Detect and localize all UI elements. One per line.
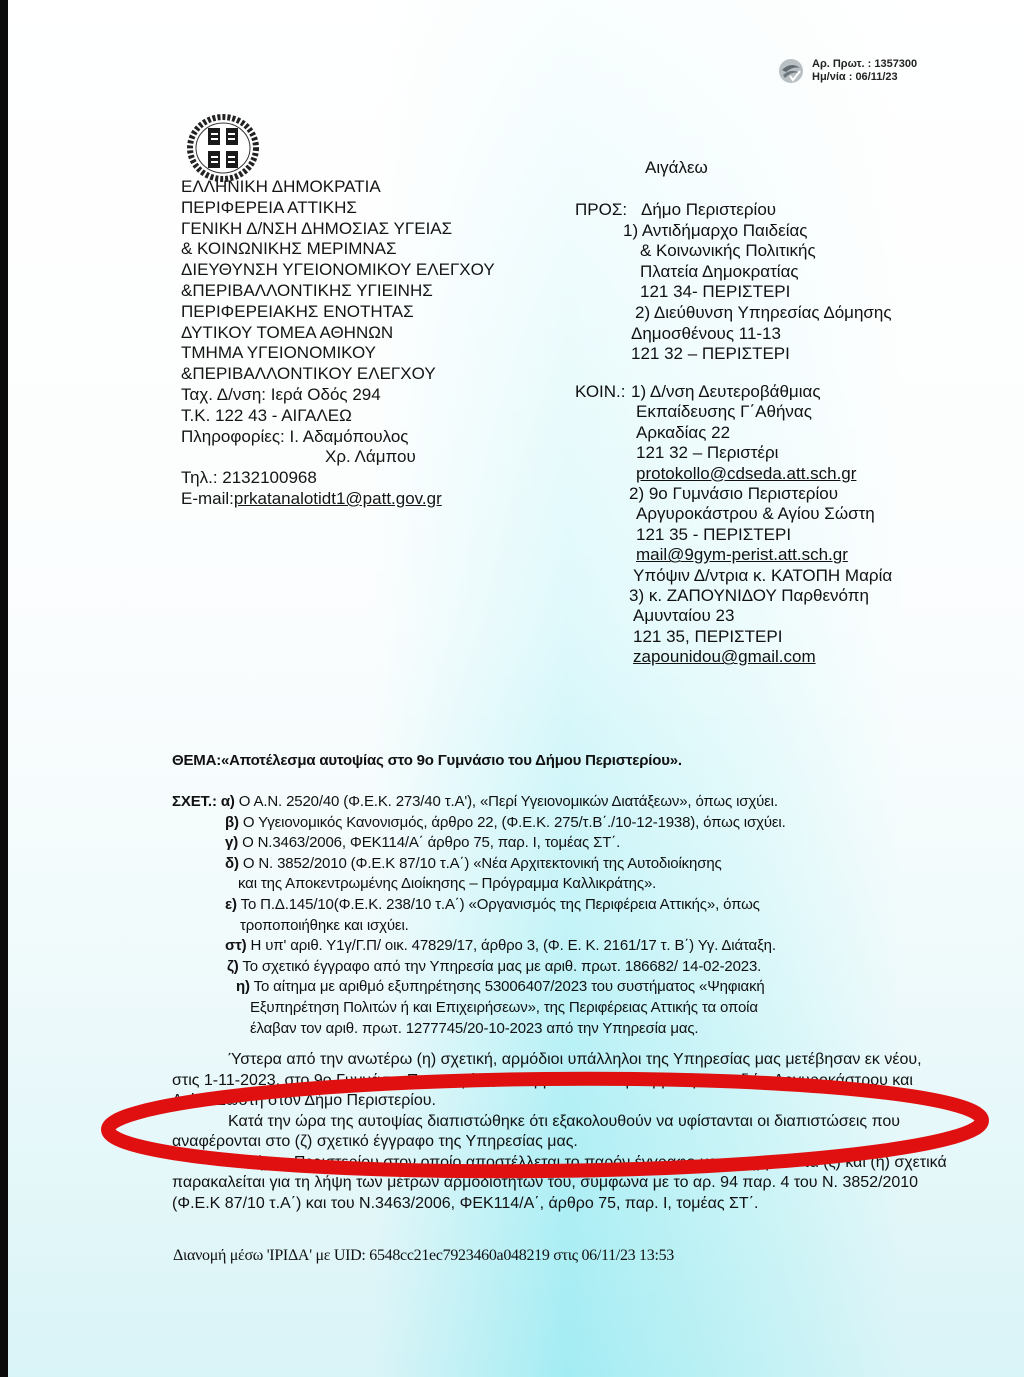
body-paragraph: Ύστερα από την ανωτέρω (η) σχετική, αρμό… <box>172 1050 952 1112</box>
sender-line: &ΠΕΡΙΒΑΛΛΟΝΤΙΚΗΣ ΥΓΙΕΙΝΗΣ <box>181 281 495 302</box>
recipient-line: 121 34- ΠΕΡΙΣΤΕΡΙ <box>575 282 892 303</box>
sender-line: ΤΜΗΜΑ ΥΓΕΙΟΝΟΜΙΚΟΥ <box>181 343 495 364</box>
sender-line: ΕΛΛΗΝΙΚΗ ΔΗΜΟΚΡΑΤΙΑ <box>181 177 495 198</box>
reference-text: Η υπ' αριθ. Υ1γ/Γ.Π/ οικ. 47829/17, άρθρ… <box>251 937 776 954</box>
sender-line: &ΠΕΡΙΒΑΛΛΟΝΤΙΚΟΥ ΕΛΕΓΧΟΥ <box>181 364 495 385</box>
recipient-line: 2) Διεύθυνση Υπηρεσίας Δόμησης <box>575 303 892 324</box>
sender-line: & ΚΟΙΝΩΝΙΚΗΣ ΜΕΡΙΜΝΑΣ <box>181 239 495 260</box>
cc-line: Υπόψιν Δ/ντρια κ. ΚΑΤΟΠΗ Μαρία <box>575 566 892 586</box>
body-paragraph-highlighted: Κατά την ώρα της αυτοψίας διαπιστώθηκε ό… <box>172 1112 952 1153</box>
recipient-line: Δημοσθένους 11-13 <box>575 324 892 345</box>
recipient-line: & Κοινωνικής Πολιτικής <box>575 241 892 262</box>
reference-text: έλαβαν τον αριθ. πρωτ. 1277745/20-10-202… <box>172 1019 786 1040</box>
reference-text: Το σχετικό έγγραφο από την Υπηρεσία μας … <box>242 958 761 975</box>
reference-text: Ο Α.Ν. 2520/40 (Φ.Ε.Κ. 273/40 τ.Α'), «Πε… <box>239 793 778 810</box>
reference-text: Ο Ν.3463/2006, ΦΕΚ114/Α΄ άρθρο 75, παρ. … <box>242 834 620 851</box>
reference-key: ζ) <box>227 958 239 975</box>
reference-key: ε) <box>225 896 237 913</box>
place-of-issue: Αιγάλεω <box>645 158 708 178</box>
subject-label: ΘΕΜΑ: <box>172 752 221 769</box>
sender-postcode: Τ.Κ. 122 43 - ΑΙΓΑΛΕΩ <box>181 406 495 427</box>
reference-key: δ) <box>225 855 239 872</box>
sender-line: ΠΕΡΙΦΕΡΕΙΑΚΗΣ ΕΝΟΤΗΤΑΣ <box>181 302 495 323</box>
sender-email-link[interactable]: prkatanalotidt1@patt.gov.gr <box>234 489 442 508</box>
reference-key: β) <box>225 814 239 831</box>
reference-text: τροποποιήθηκε και ισχύει. <box>172 916 786 937</box>
cc-email-link[interactable]: zapounidou@gmail.com <box>575 647 892 667</box>
reference-text: Το Π.Δ.145/10(Φ.Ε.Κ. 238/10 τ.Α΄) «Οργαν… <box>241 896 760 913</box>
cc-email-link[interactable]: mail@9gym-perist.att.sch.gr <box>575 545 892 565</box>
reference-key: α) <box>221 793 235 810</box>
reference-key: στ) <box>225 937 247 954</box>
reference-text: Εξυπηρέτηση Πολιτών ή και Επιχειρήσεων»,… <box>172 998 786 1019</box>
sender-info-contact: Πληροφορίες: Ι. Αδαμόπουλος <box>181 427 495 448</box>
recipient-line: 121 32 – ΠΕΡΙΣΤΕΡΙ <box>575 344 892 365</box>
protocol-number: Αρ. Πρωτ. : 1357300 <box>812 58 917 71</box>
recipients-label: ΠΡΟΣ: <box>575 200 641 221</box>
cc-email-link[interactable]: protokollo@cdseda.att.sch.gr <box>575 464 892 484</box>
sender-line: ΠΕΡΙΦΕΡΕΙΑ ΑΤΤΙΚΗΣ <box>181 198 495 219</box>
letter-body: Ύστερα από την ανωτέρω (η) σχετική, αρμό… <box>172 1050 952 1214</box>
cc-line: 121 32 – Περιστέρι <box>575 443 892 463</box>
reference-text: Το αίτημα με αριθμό εξυπηρέτησης 5300640… <box>254 978 765 995</box>
cc-line: 3) κ. ΖΑΠΟΥΝΙΔΟΥ Παρθενόπη <box>575 586 892 606</box>
recipient-line: 1) Αντιδήμαρχο Παιδείας <box>575 221 892 242</box>
reference-text: και της Αποκεντρωμένης Διοίκησης – Πρόγρ… <box>172 874 786 895</box>
sender-line: ΔΥΤΙΚΟΥ ΤΟΜΕΑ ΑΘΗΝΩΝ <box>181 323 495 344</box>
cc-line: 121 35 - ΠΕΡΙΣΤΕΡΙ <box>575 525 892 545</box>
subject-line: ΘΕΜΑ:«Αποτέλεσμα αυτοψίας στο 9ο Γυμνάσι… <box>172 752 682 769</box>
reference-key: γ) <box>225 834 238 851</box>
recipient-line: Δήμο Περιστερίου <box>641 200 776 221</box>
sender-line: ΔΙΕΥΘΥΝΣΗ ΥΓΕΙΟΝΟΜΙΚΟΥ ΕΛΕΓΧΟΥ <box>181 260 495 281</box>
reference-text: Ο Ν. 3852/2010 (Φ.Ε.Κ 87/10 τ.Α΄) «Νέα Α… <box>243 855 722 872</box>
reference-text: Ο Υγειονομικός Κανονισμός, άρθρο 22, (Φ.… <box>243 814 786 831</box>
subject-text: «Αποτέλεσμα αυτοψίας στο 9ο Γυμνάσιο του… <box>221 752 682 769</box>
references-block: ΣΧΕΤ.: α) Ο Α.Ν. 2520/40 (Φ.Ε.Κ. 273/40 … <box>172 792 786 1039</box>
cc-line: 121 35, ΠΕΡΙΣΤΕΡΙ <box>575 627 892 647</box>
sender-block: ΕΛΛΗΝΙΚΗ ΔΗΜΟΚΡΑΤΙΑ ΠΕΡΙΦΕΡΕΙΑ ΑΤΤΙΚΗΣ Γ… <box>181 177 495 510</box>
cc-label: ΚΟΙΝ.: <box>575 382 631 402</box>
cc-block: ΚΟΙΝ.:1) Δ/νση Δευτεροβάθμιας Εκπαίδευση… <box>575 382 892 668</box>
greek-coat-of-arms-icon <box>186 114 260 182</box>
scanned-document-page: Αρ. Πρωτ. : 1357300 Ημ/νία : 06/11/23 ΕΛ… <box>8 0 1024 1377</box>
recipients-block: ΠΡΟΣ:Δήμο Περιστερίου 1) Αντιδήμαρχο Παι… <box>575 200 892 365</box>
cc-line: Αρκαδίας 22 <box>575 423 892 443</box>
cc-line: Αργυροκάστρου & Αγίου Σώστη <box>575 504 892 524</box>
iris-logo-icon <box>776 56 806 86</box>
distribution-footer: Διανομή μέσω 'ΙΡΙΔΑ' με UID: 6548cc21ec7… <box>173 1247 674 1265</box>
cc-line: 1) Δ/νση Δευτεροβάθμιας <box>631 382 821 402</box>
cc-line: Αμυνταίου 23 <box>575 606 892 626</box>
sender-info-contact-2: Χρ. Λάμπου <box>181 447 495 468</box>
sender-phone: Τηλ.: 2132100968 <box>181 468 495 489</box>
reference-key: η) <box>236 978 250 995</box>
sender-line: ΓΕΝΙΚΗ Δ/ΝΣΗ ΔΗΜΟΣΙΑΣ ΥΓΕΙΑΣ <box>181 219 495 240</box>
protocol-date: Ημ/νία : 06/11/23 <box>812 71 917 84</box>
protocol-stamp: Αρ. Πρωτ. : 1357300 Ημ/νία : 06/11/23 <box>776 56 917 86</box>
references-label: ΣΧΕΤ.: <box>172 793 217 810</box>
sender-email-label: E-mail: <box>181 489 234 508</box>
recipient-line: Πλατεία Δημοκρατίας <box>575 262 892 283</box>
cc-line: 2) 9ο Γυμνάσιο Περιστερίου <box>575 484 892 504</box>
sender-address: Ταχ. Δ/νση: Ιερά Οδός 294 <box>181 385 495 406</box>
body-paragraph: Ο Δήμος Περιστερίου στον οποίο αποστέλλε… <box>172 1153 952 1215</box>
cc-line: Εκπαίδευσης Γ΄Αθήνας <box>575 402 892 422</box>
